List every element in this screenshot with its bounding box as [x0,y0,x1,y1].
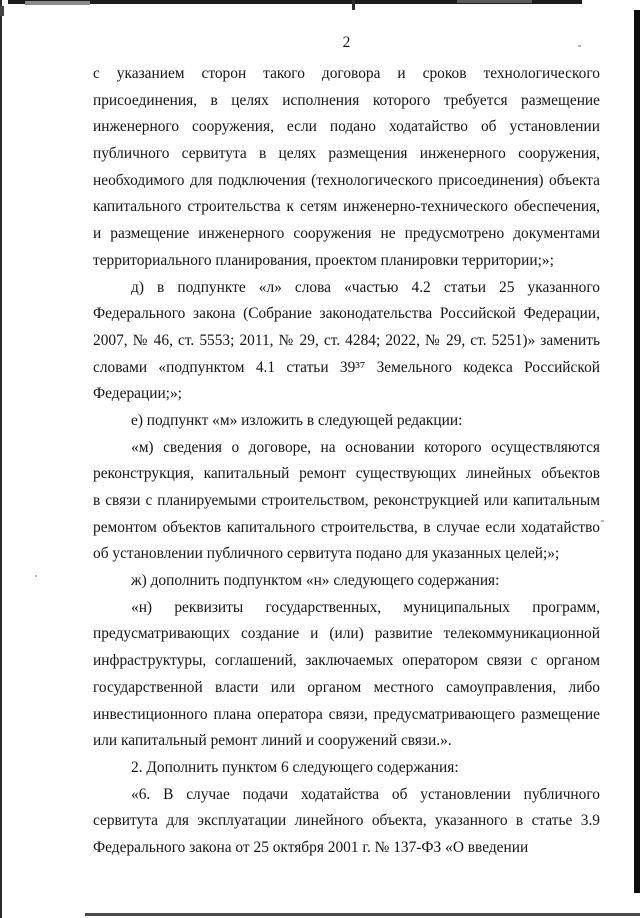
text-line: инвестиционного плана оператора связи, п… [93,702,600,729]
scan-edge-right [634,10,640,893]
document-body: с указанием сторон такого договора и сро… [93,61,600,862]
page-number: 2 [93,33,600,53]
text-line: Федерального закона от 25 октября 2001 г… [93,835,600,862]
text-line: присоединения, в целях исполнения которо… [93,88,600,115]
scan-edge-top-light-segment [25,1,90,5]
scan-edge-left-mark [0,6,4,16]
text-line: «н) реквизиты государственных, муниципал… [93,595,600,622]
text-line: Федерации;»; [93,381,600,408]
text-line: е) подпункт «м» изложить в следующей ред… [93,408,600,435]
scanned-document-page: 2 с указанием сторон такого договора и с… [0,0,640,918]
text-line: в связи с планируемыми строительством, р… [93,488,600,515]
scan-speck [35,575,37,577]
text-line: 2007, № 46, ст. 5553; 2011, № 29, ст. 42… [93,328,600,355]
text-line: ремонтом объектов капитального строитель… [93,515,600,542]
text-line: или капитальный ремонт линий и сооружени… [93,728,600,755]
text-line: необходимого для подключения (технологич… [93,168,600,195]
paragraph: 2. Дополнить пунктом 6 следующего содерж… [93,755,600,782]
scan-edge-top-gray-segment [457,0,532,3]
paragraph: «м) сведения о договоре, на основании ко… [93,435,600,568]
text-line: об установлении публичного сервитута под… [93,541,600,568]
paragraph: д) в подпункте «л» слова «частью 4.2 ста… [93,275,600,408]
text-line: инфраструктуры, соглашений, заключаемых … [93,648,600,675]
text-line: капитального строительства к сетям инжен… [93,194,600,221]
paragraph: ж) дополнить подпунктом «н» следующего с… [93,568,600,595]
text-line: территориального планирования, проектом … [93,248,600,275]
scan-edge-left [0,0,2,918]
text-line: «м) сведения о договоре, на основании ко… [93,435,600,462]
paragraph: «6. В случае подачи ходатайства об устан… [93,782,600,862]
text-line: сервитута для эксплуатации линейного объ… [93,808,600,835]
text-line: д) в подпункте «л» слова «частью 4.2 ста… [93,275,600,302]
paragraph: с указанием сторон такого договора и сро… [93,61,600,275]
text-line: публичного сервитута в целях размещения … [93,141,600,168]
text-line: Федерального закона (Собрание законодате… [93,301,600,328]
text-line: предусматривающих создание и (или) разви… [93,621,600,648]
text-line: 2. Дополнить пунктом 6 следующего содерж… [93,755,600,782]
scan-edge-bottom [85,913,640,916]
text-line: и размещение инженерного сооружения не п… [93,221,600,248]
text-line: с указанием сторон такого договора и сро… [93,61,600,88]
text-line: «6. В случае подачи ходатайства об устан… [93,782,600,809]
text-line: ж) дополнить подпунктом «н» следующего с… [93,568,600,595]
scan-speck [601,520,604,522]
paragraph: «н) реквизиты государственных, муниципал… [93,595,600,755]
scan-edge-top-tick [352,0,355,10]
text-line: инженерного сооружения, если подано хода… [93,114,600,141]
text-line: словами «подпунктом 4.1 статьи 39³⁷ Земе… [93,355,600,382]
text-line: государственной власти или органом местн… [93,675,600,702]
text-line: реконструкция, капитальный ремонт сущест… [93,461,600,488]
paragraph: е) подпункт «м» изложить в следующей ред… [93,408,600,435]
